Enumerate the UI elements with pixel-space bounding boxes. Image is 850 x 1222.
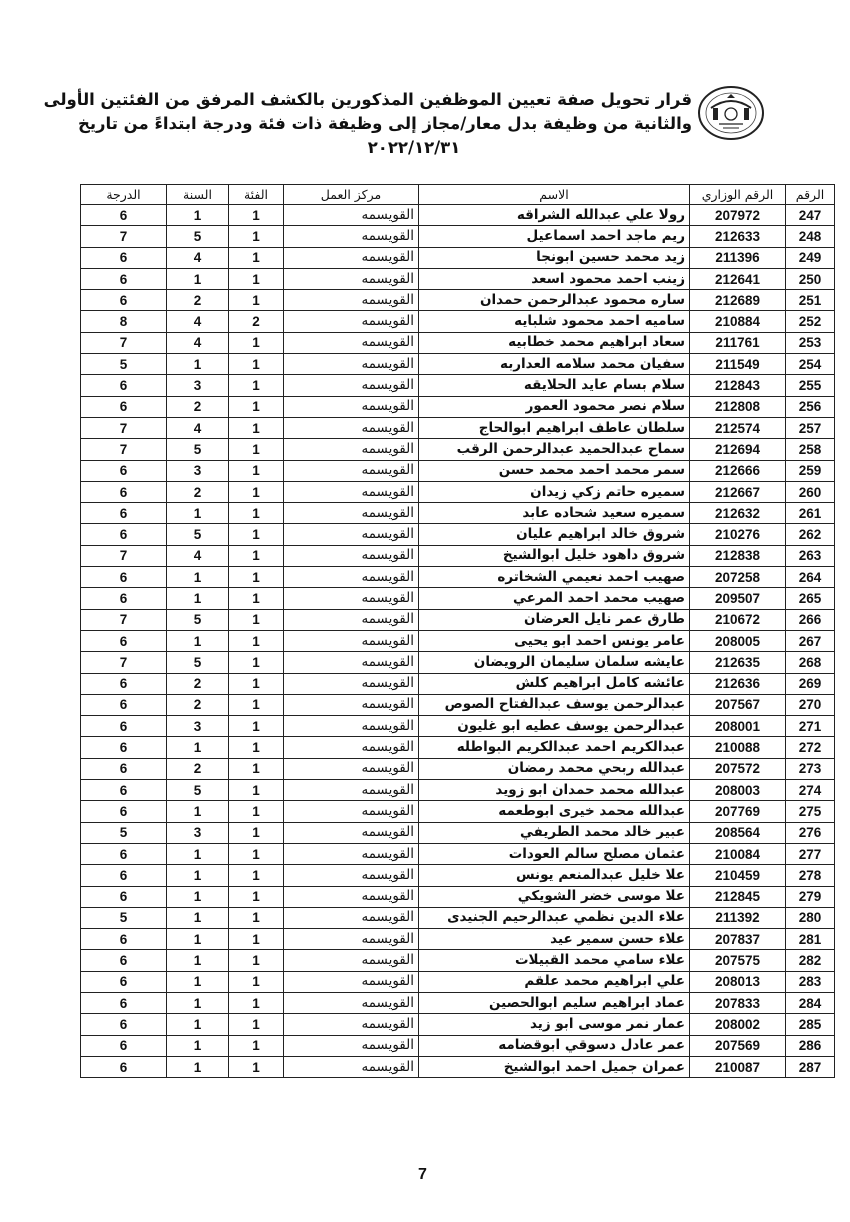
cell-category: 1 xyxy=(229,545,284,566)
cell-grade: 6 xyxy=(81,694,167,715)
cell-work-center: القويسمه xyxy=(284,929,419,950)
cell-number: 280 xyxy=(786,907,835,928)
cell-year: 5 xyxy=(167,226,229,247)
cell-grade: 6 xyxy=(81,481,167,502)
table-row: 259212666سمر محمد احمد محمد حسنالقويسمه1… xyxy=(81,460,835,481)
table-row: 249211396زيد محمد حسين ابونجاالقويسمه146 xyxy=(81,247,835,268)
cell-number: 264 xyxy=(786,567,835,588)
cell-ministry-id: 210459 xyxy=(690,865,786,886)
cell-number: 248 xyxy=(786,226,835,247)
cell-name: سميره سعيد شحاده عابد xyxy=(419,503,690,524)
cell-grade: 6 xyxy=(81,524,167,545)
cell-work-center: القويسمه xyxy=(284,247,419,268)
cell-grade: 6 xyxy=(81,801,167,822)
table-row: 274208003عبدالله محمد حمدان ابو زويدالقو… xyxy=(81,780,835,801)
cell-year: 5 xyxy=(167,780,229,801)
cell-year: 5 xyxy=(167,439,229,460)
cell-work-center: القويسمه xyxy=(284,694,419,715)
cell-grade: 7 xyxy=(81,332,167,353)
cell-year: 2 xyxy=(167,481,229,502)
table-row: 261212632سميره سعيد شحاده عابدالقويسمه11… xyxy=(81,503,835,524)
cell-work-center: القويسمه xyxy=(284,588,419,609)
cell-grade: 5 xyxy=(81,822,167,843)
cell-name: علا خليل عبدالمنعم يونس xyxy=(419,865,690,886)
table-row: 265209507صهيب محمد احمد المرعيالقويسمه11… xyxy=(81,588,835,609)
cell-name: عمران جميل احمد ابوالشيخ xyxy=(419,1056,690,1077)
cell-ministry-id: 212632 xyxy=(690,503,786,524)
cell-category: 1 xyxy=(229,396,284,417)
cell-grade: 6 xyxy=(81,886,167,907)
cell-category: 1 xyxy=(229,567,284,588)
cell-number: 265 xyxy=(786,588,835,609)
cell-work-center: القويسمه xyxy=(284,545,419,566)
table-row: 254211549سفيان محمد سلامه العداربهالقويس… xyxy=(81,354,835,375)
cell-grade: 7 xyxy=(81,226,167,247)
cell-category: 1 xyxy=(229,247,284,268)
cell-year: 3 xyxy=(167,375,229,396)
cell-number: 266 xyxy=(786,609,835,630)
column-header-grade: الدرجة xyxy=(81,185,167,205)
cell-category: 1 xyxy=(229,929,284,950)
cell-year: 1 xyxy=(167,354,229,375)
cell-name: شروق داهود خليل ابوالشيخ xyxy=(419,545,690,566)
cell-category: 1 xyxy=(229,737,284,758)
cell-year: 2 xyxy=(167,673,229,694)
cell-name: سلطان عاطف ابراهيم ابوالحاج xyxy=(419,417,690,438)
cell-name: علاء الدين نظمي عبدالرحيم الجنيدى xyxy=(419,907,690,928)
table-row: 285208002عمار نمر موسى ابو زيدالقويسمه11… xyxy=(81,1014,835,1035)
page-number: 7 xyxy=(418,1166,427,1184)
cell-work-center: القويسمه xyxy=(284,609,419,630)
table-row: 284207833عماد ابراهيم سليم ابوالحصينالقو… xyxy=(81,992,835,1013)
cell-grade: 7 xyxy=(81,417,167,438)
cell-ministry-id: 208001 xyxy=(690,716,786,737)
cell-category: 1 xyxy=(229,375,284,396)
cell-name: علاء سامي محمد القبيلات xyxy=(419,950,690,971)
cell-ministry-id: 208002 xyxy=(690,1014,786,1035)
table-row: 278210459علا خليل عبدالمنعم يونسالقويسمه… xyxy=(81,865,835,886)
cell-year: 1 xyxy=(167,268,229,289)
cell-year: 1 xyxy=(167,929,229,950)
cell-number: 270 xyxy=(786,694,835,715)
table-row: 273207572عبدالله ربحي محمد رمضانالقويسمه… xyxy=(81,758,835,779)
cell-category: 1 xyxy=(229,992,284,1013)
cell-grade: 6 xyxy=(81,1056,167,1077)
cell-year: 4 xyxy=(167,417,229,438)
cell-category: 1 xyxy=(229,524,284,545)
cell-name: عبدالرحمن يوسف عبدالفتاح الصوص xyxy=(419,694,690,715)
cell-grade: 6 xyxy=(81,673,167,694)
cell-grade: 6 xyxy=(81,1035,167,1056)
cell-work-center: القويسمه xyxy=(284,503,419,524)
cell-name: عمار نمر موسى ابو زيد xyxy=(419,1014,690,1035)
cell-year: 4 xyxy=(167,311,229,332)
cell-grade: 6 xyxy=(81,737,167,758)
table-row: 286207569عمر عادل دسوقي ابوقضامهالقويسمه… xyxy=(81,1035,835,1056)
cell-ministry-id: 211392 xyxy=(690,907,786,928)
cell-number: 282 xyxy=(786,950,835,971)
table-row: 272210088عبدالكريم احمد عبدالكريم البواط… xyxy=(81,737,835,758)
cell-number: 278 xyxy=(786,865,835,886)
cell-name: عثمان مصلح سالم العودات xyxy=(419,843,690,864)
cell-grade: 6 xyxy=(81,758,167,779)
cell-work-center: القويسمه xyxy=(284,907,419,928)
table-row: 266210672طارق عمر نايل العرضانالقويسمه15… xyxy=(81,609,835,630)
table-row: 256212808سلام نصر محمود العمورالقويسمه12… xyxy=(81,396,835,417)
cell-year: 5 xyxy=(167,524,229,545)
cell-year: 3 xyxy=(167,460,229,481)
table-row: 271208001عبدالرحمن يوسف عطيه ابو غليونال… xyxy=(81,716,835,737)
cell-year: 4 xyxy=(167,545,229,566)
table-row: 250212641زينب احمد محمود اسعدالقويسمه116 xyxy=(81,268,835,289)
cell-number: 286 xyxy=(786,1035,835,1056)
cell-work-center: القويسمه xyxy=(284,481,419,502)
cell-work-center: القويسمه xyxy=(284,226,419,247)
title-line-2: والثانية من وظيفة بدل معار/مجاز إلى وظيف… xyxy=(96,112,692,136)
cell-grade: 6 xyxy=(81,780,167,801)
cell-category: 1 xyxy=(229,694,284,715)
cell-year: 3 xyxy=(167,822,229,843)
cell-number: 277 xyxy=(786,843,835,864)
cell-number: 287 xyxy=(786,1056,835,1077)
cell-work-center: القويسمه xyxy=(284,737,419,758)
cell-number: 268 xyxy=(786,652,835,673)
cell-category: 1 xyxy=(229,503,284,524)
cell-number: 251 xyxy=(786,290,835,311)
cell-ministry-id: 207972 xyxy=(690,205,786,226)
cell-name: علاء حسن سمير عيد xyxy=(419,929,690,950)
cell-number: 247 xyxy=(786,205,835,226)
cell-year: 1 xyxy=(167,1014,229,1035)
cell-ministry-id: 210088 xyxy=(690,737,786,758)
cell-grade: 6 xyxy=(81,630,167,651)
cell-category: 1 xyxy=(229,588,284,609)
cell-ministry-id: 207575 xyxy=(690,950,786,971)
cell-number: 255 xyxy=(786,375,835,396)
cell-work-center: القويسمه xyxy=(284,524,419,545)
cell-ministry-id: 207567 xyxy=(690,694,786,715)
table-row: 287210087عمران جميل احمد ابوالشيخالقويسم… xyxy=(81,1056,835,1077)
cell-work-center: القويسمه xyxy=(284,1035,419,1056)
cell-year: 1 xyxy=(167,950,229,971)
cell-grade: 6 xyxy=(81,247,167,268)
cell-category: 1 xyxy=(229,843,284,864)
cell-number: 283 xyxy=(786,971,835,992)
table-row: 268212635عايشه سلمان سليمان الرويضانالقو… xyxy=(81,652,835,673)
cell-grade: 6 xyxy=(81,971,167,992)
cell-year: 1 xyxy=(167,737,229,758)
employees-table: الرقم الرقم الوزاري الاسم مركز العمل الف… xyxy=(80,184,835,1078)
ministry-emblem-icon xyxy=(697,84,765,142)
cell-name: سلام بسام عايد الحلايقه xyxy=(419,375,690,396)
cell-name: سماح عبدالحميد عبدالرحمن الرقب xyxy=(419,439,690,460)
cell-grade: 8 xyxy=(81,311,167,332)
cell-year: 1 xyxy=(167,971,229,992)
cell-year: 3 xyxy=(167,716,229,737)
cell-number: 267 xyxy=(786,630,835,651)
table-row: 253211761سعاد ابراهيم محمد خطابيهالقويسم… xyxy=(81,332,835,353)
cell-number: 250 xyxy=(786,268,835,289)
cell-number: 279 xyxy=(786,886,835,907)
cell-ministry-id: 207572 xyxy=(690,758,786,779)
table-row: 267208005عامر يونس احمد ابو يحيىالقويسمه… xyxy=(81,630,835,651)
cell-ministry-id: 211549 xyxy=(690,354,786,375)
cell-category: 1 xyxy=(229,907,284,928)
cell-number: 249 xyxy=(786,247,835,268)
cell-category: 1 xyxy=(229,439,284,460)
cell-name: عامر يونس احمد ابو يحيى xyxy=(419,630,690,651)
cell-number: 275 xyxy=(786,801,835,822)
cell-grade: 6 xyxy=(81,992,167,1013)
cell-number: 258 xyxy=(786,439,835,460)
cell-grade: 6 xyxy=(81,950,167,971)
cell-number: 271 xyxy=(786,716,835,737)
cell-category: 1 xyxy=(229,716,284,737)
cell-grade: 6 xyxy=(81,929,167,950)
cell-number: 259 xyxy=(786,460,835,481)
cell-name: ريم ماجد احمد اسماعيل xyxy=(419,226,690,247)
cell-ministry-id: 212845 xyxy=(690,886,786,907)
cell-name: صهيب احمد نعيمي الشخاتره xyxy=(419,567,690,588)
cell-grade: 7 xyxy=(81,545,167,566)
cell-work-center: القويسمه xyxy=(284,992,419,1013)
cell-category: 1 xyxy=(229,886,284,907)
cell-category: 1 xyxy=(229,290,284,311)
cell-work-center: القويسمه xyxy=(284,354,419,375)
cell-ministry-id: 207769 xyxy=(690,801,786,822)
cell-work-center: القويسمه xyxy=(284,801,419,822)
table-row: 258212694سماح عبدالحميد عبدالرحمن الرقبا… xyxy=(81,439,835,460)
column-header-work-center: مركز العمل xyxy=(284,185,419,205)
cell-work-center: القويسمه xyxy=(284,652,419,673)
cell-number: 281 xyxy=(786,929,835,950)
cell-number: 276 xyxy=(786,822,835,843)
cell-year: 5 xyxy=(167,652,229,673)
cell-ministry-id: 212641 xyxy=(690,268,786,289)
cell-work-center: القويسمه xyxy=(284,417,419,438)
cell-ministry-id: 212635 xyxy=(690,652,786,673)
cell-name: رولا علي عبدالله الشراقه xyxy=(419,205,690,226)
cell-work-center: القويسمه xyxy=(284,971,419,992)
cell-ministry-id: 207833 xyxy=(690,992,786,1013)
cell-category: 1 xyxy=(229,226,284,247)
table-row: 262210276شروق خالد ابراهيم عليانالقويسمه… xyxy=(81,524,835,545)
cell-year: 1 xyxy=(167,865,229,886)
table-row: 255212843سلام بسام عايد الحلايقهالقويسمه… xyxy=(81,375,835,396)
cell-ministry-id: 212666 xyxy=(690,460,786,481)
cell-ministry-id: 207258 xyxy=(690,567,786,588)
cell-ministry-id: 212633 xyxy=(690,226,786,247)
cell-name: سفيان محمد سلامه العداربه xyxy=(419,354,690,375)
cell-category: 1 xyxy=(229,1014,284,1035)
cell-grade: 6 xyxy=(81,567,167,588)
cell-grade: 6 xyxy=(81,1014,167,1035)
cell-name: عماد ابراهيم سليم ابوالحصين xyxy=(419,992,690,1013)
cell-year: 2 xyxy=(167,758,229,779)
cell-grade: 6 xyxy=(81,588,167,609)
cell-grade: 5 xyxy=(81,354,167,375)
table-row: 264207258صهيب احمد نعيمي الشخاترهالقويسم… xyxy=(81,567,835,588)
table-row: 257212574سلطان عاطف ابراهيم ابوالحاجالقو… xyxy=(81,417,835,438)
cell-grade: 7 xyxy=(81,439,167,460)
cell-category: 1 xyxy=(229,460,284,481)
cell-name: صهيب محمد احمد المرعي xyxy=(419,588,690,609)
column-header-year: السنة xyxy=(167,185,229,205)
table-row: 260212667سميره حاتم زكي زيدانالقويسمه126 xyxy=(81,481,835,502)
column-header-category: الفئة xyxy=(229,185,284,205)
cell-work-center: القويسمه xyxy=(284,950,419,971)
cell-number: 261 xyxy=(786,503,835,524)
cell-number: 260 xyxy=(786,481,835,502)
cell-grade: 7 xyxy=(81,652,167,673)
cell-name: عايشه سلمان سليمان الرويضان xyxy=(419,652,690,673)
cell-name: علا موسى خضر الشويكي xyxy=(419,886,690,907)
cell-ministry-id: 212694 xyxy=(690,439,786,460)
cell-work-center: القويسمه xyxy=(284,758,419,779)
cell-name: عبدالله محمد خيرى ابوطعمه xyxy=(419,801,690,822)
cell-number: 269 xyxy=(786,673,835,694)
cell-name: سمر محمد احمد محمد حسن xyxy=(419,460,690,481)
cell-ministry-id: 208564 xyxy=(690,822,786,843)
column-header-number: الرقم xyxy=(786,185,835,205)
cell-name: طارق عمر نايل العرضان xyxy=(419,609,690,630)
cell-name: زينب احمد محمود اسعد xyxy=(419,268,690,289)
cell-ministry-id: 209507 xyxy=(690,588,786,609)
cell-name: زيد محمد حسين ابونجا xyxy=(419,247,690,268)
cell-name: علي ابراهيم محمد علقم xyxy=(419,971,690,992)
table-row: 251212689ساره محمود عبدالرحمن حمدانالقوي… xyxy=(81,290,835,311)
cell-work-center: القويسمه xyxy=(284,439,419,460)
cell-year: 2 xyxy=(167,290,229,311)
cell-ministry-id: 212667 xyxy=(690,481,786,502)
column-header-name: الاسم xyxy=(419,185,690,205)
cell-category: 1 xyxy=(229,1035,284,1056)
cell-category: 1 xyxy=(229,205,284,226)
title-date: ٢٠٢٢/١٢/٣١ xyxy=(96,136,692,160)
table-row: 252210884ساميه احمد محمود شلبايهالقويسمه… xyxy=(81,311,835,332)
cell-grade: 7 xyxy=(81,609,167,630)
cell-ministry-id: 212574 xyxy=(690,417,786,438)
table-header-row: الرقم الرقم الوزاري الاسم مركز العمل الف… xyxy=(81,185,835,205)
cell-work-center: القويسمه xyxy=(284,1014,419,1035)
cell-work-center: القويسمه xyxy=(284,843,419,864)
cell-year: 1 xyxy=(167,588,229,609)
cell-category: 1 xyxy=(229,758,284,779)
table-row: 275207769عبدالله محمد خيرى ابوطعمهالقويس… xyxy=(81,801,835,822)
cell-category: 1 xyxy=(229,417,284,438)
cell-grade: 6 xyxy=(81,205,167,226)
cell-work-center: القويسمه xyxy=(284,290,419,311)
cell-grade: 6 xyxy=(81,460,167,481)
cell-ministry-id: 210087 xyxy=(690,1056,786,1077)
cell-category: 1 xyxy=(229,609,284,630)
cell-work-center: القويسمه xyxy=(284,630,419,651)
column-header-ministry-id: الرقم الوزاري xyxy=(690,185,786,205)
cell-category: 1 xyxy=(229,971,284,992)
cell-ministry-id: 212636 xyxy=(690,673,786,694)
cell-number: 272 xyxy=(786,737,835,758)
cell-category: 1 xyxy=(229,630,284,651)
cell-ministry-id: 208005 xyxy=(690,630,786,651)
cell-name: ساره محمود عبدالرحمن حمدان xyxy=(419,290,690,311)
cell-year: 1 xyxy=(167,630,229,651)
cell-grade: 6 xyxy=(81,290,167,311)
table-row: 282207575علاء سامي محمد القبيلاتالقويسمه… xyxy=(81,950,835,971)
cell-year: 1 xyxy=(167,205,229,226)
cell-category: 1 xyxy=(229,822,284,843)
cell-work-center: القويسمه xyxy=(284,311,419,332)
cell-category: 2 xyxy=(229,311,284,332)
cell-work-center: القويسمه xyxy=(284,716,419,737)
cell-ministry-id: 212689 xyxy=(690,290,786,311)
cell-work-center: القويسمه xyxy=(284,375,419,396)
cell-number: 252 xyxy=(786,311,835,332)
cell-category: 1 xyxy=(229,268,284,289)
cell-grade: 6 xyxy=(81,396,167,417)
cell-ministry-id: 211396 xyxy=(690,247,786,268)
cell-number: 253 xyxy=(786,332,835,353)
cell-grade: 5 xyxy=(81,907,167,928)
cell-number: 284 xyxy=(786,992,835,1013)
cell-year: 2 xyxy=(167,694,229,715)
cell-category: 1 xyxy=(229,780,284,801)
cell-number: 254 xyxy=(786,354,835,375)
cell-name: عمر عادل دسوقي ابوقضامه xyxy=(419,1035,690,1056)
cell-year: 2 xyxy=(167,396,229,417)
table-row: 263212838شروق داهود خليل ابوالشيخالقويسم… xyxy=(81,545,835,566)
cell-ministry-id: 212838 xyxy=(690,545,786,566)
cell-name: سعاد ابراهيم محمد خطابيه xyxy=(419,332,690,353)
cell-ministry-id: 208003 xyxy=(690,780,786,801)
cell-ministry-id: 212808 xyxy=(690,396,786,417)
cell-number: 273 xyxy=(786,758,835,779)
document-title: قرار تحويل صفة تعيين الموظفين المذكورين … xyxy=(96,88,692,160)
cell-year: 1 xyxy=(167,843,229,864)
cell-number: 262 xyxy=(786,524,835,545)
table-row: 270207567عبدالرحمن يوسف عبدالفتاح الصوصا… xyxy=(81,694,835,715)
cell-year: 1 xyxy=(167,1056,229,1077)
cell-work-center: القويسمه xyxy=(284,780,419,801)
cell-grade: 6 xyxy=(81,865,167,886)
cell-grade: 6 xyxy=(81,503,167,524)
cell-work-center: القويسمه xyxy=(284,460,419,481)
cell-ministry-id: 212843 xyxy=(690,375,786,396)
cell-work-center: القويسمه xyxy=(284,865,419,886)
cell-number: 263 xyxy=(786,545,835,566)
table-row: 277210084عثمان مصلح سالم العوداتالقويسمه… xyxy=(81,843,835,864)
cell-grade: 6 xyxy=(81,268,167,289)
cell-grade: 6 xyxy=(81,716,167,737)
cell-category: 1 xyxy=(229,332,284,353)
cell-work-center: القويسمه xyxy=(284,205,419,226)
cell-ministry-id: 207837 xyxy=(690,929,786,950)
cell-name: ساميه احمد محمود شلبايه xyxy=(419,311,690,332)
cell-work-center: القويسمه xyxy=(284,268,419,289)
cell-year: 1 xyxy=(167,886,229,907)
title-line-1: قرار تحويل صفة تعيين الموظفين المذكورين … xyxy=(96,88,692,112)
cell-name: عبدالله ربحي محمد رمضان xyxy=(419,758,690,779)
cell-category: 1 xyxy=(229,481,284,502)
cell-work-center: القويسمه xyxy=(284,396,419,417)
table-row: 269212636عائشه كامل ابراهيم كلشالقويسمه1… xyxy=(81,673,835,694)
cell-category: 1 xyxy=(229,950,284,971)
cell-category: 1 xyxy=(229,354,284,375)
cell-ministry-id: 211761 xyxy=(690,332,786,353)
cell-work-center: القويسمه xyxy=(284,822,419,843)
cell-year: 1 xyxy=(167,907,229,928)
table-row: 248212633ريم ماجد احمد اسماعيلالقويسمه15… xyxy=(81,226,835,247)
cell-year: 1 xyxy=(167,801,229,822)
